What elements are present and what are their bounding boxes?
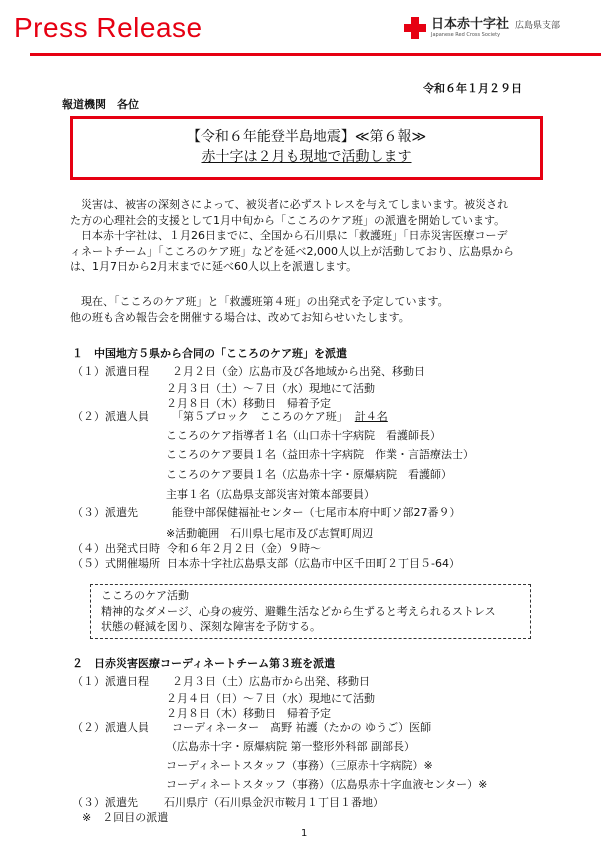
intro-line: 日本赤十字社は、１月26日までに、全国から石川県に「救護班」「日赤災害医療コーデ [70, 228, 540, 244]
s2-destination-label: （３）派遣先 [72, 796, 164, 810]
s1-schedule-row: （１）派遣日程２月２日（金）広島市及び各地域から出発、移動日 [72, 365, 425, 379]
s2-schedule-item: ２月８日（木）移動日 帰着予定 [166, 705, 331, 721]
note-line: 精神的なダメージ、心身の疲労、避難生活などから生ずると考えられるストレス [101, 604, 520, 620]
s1-member: 主事１名（広島県支部災害対策本部要員） [166, 486, 375, 502]
logo-jp: 日本赤十字社 [431, 18, 509, 32]
jrcs-logo: 日本赤十字社 Japanese Red Cross Society 広島県支部 [404, 17, 560, 39]
s1-members-label: （２）派遣人員 [72, 410, 172, 424]
s2-member: コーディネートスタッフ（事務）（広島県赤十字血液センター）※ [166, 776, 487, 792]
s1-destination-row: （３）派遣先能登中部保健福祉センター（七尾市本府中町ソ部27番９） [72, 506, 461, 520]
s2-member: コーディネートスタッフ（事務）（三原赤十字病院）※ [166, 757, 433, 773]
s1-members-row: （２）派遣人員「第５ブロック こころのケア班」 計４名 [72, 410, 388, 424]
announcement-line: 他の班も含め報告会を開催する場合は、改めてお知らせいたします。 [70, 310, 540, 326]
s2-member: （広島赤十字・原爆病院 第一整形外科部 副部長） [166, 738, 415, 754]
press-release-heading: Press Release [14, 12, 203, 44]
s1-team-name: 「第５ブロック こころのケア班」 [172, 410, 348, 423]
intro-line: ィネートチーム」「こころのケア班」などを延べ2,000人以上が活動しており、広島… [70, 244, 540, 260]
title-line-1: 【令和６年能登半島地震】≪第６報≫ [73, 127, 540, 147]
section-2-heading: ２ 日赤災害医療コーディネートチーム第３班を派遣 [72, 655, 335, 671]
note-title: こころのケア活動 [101, 588, 520, 604]
s2-schedule-label: （１）派遣日程 [72, 675, 172, 689]
s1-ceremony-time: 令和６年２月２日（金）９時～ [167, 542, 321, 555]
title-box: 【令和６年能登半島地震】≪第６報≫ 赤十字は２月も現地で活動します [70, 116, 543, 180]
header-divider [30, 53, 601, 56]
addressee: 報道機関 各位 [62, 96, 139, 112]
s1-member: こころのケア指導者１名（山口赤十字病院 看護師長） [166, 427, 441, 443]
s1-ceremony-time-row: （４）出発式日時 令和６年２月２日（金）９時～ [72, 542, 321, 556]
s2-schedule-item: ２月３日（土）広島市から出発、移動日 [172, 675, 370, 688]
s1-destination-note: ※活動範囲 石川県七尾市及び志賀町周辺 [166, 525, 373, 541]
s1-ceremony-time-label: （４）出発式日時 [72, 542, 160, 555]
s1-schedule-item: ２月８日（木）移動日 帰着予定 [166, 395, 331, 411]
kokoro-care-note-box: こころのケア活動 精神的なダメージ、心身の疲労、避難生活などから生ずると考えられ… [90, 584, 531, 639]
logo-en: Japanese Red Cross Society [431, 32, 509, 39]
s1-ceremony-place-row: （５）式開催場所 日本赤十字社広島県支部（広島市中区千田町２丁目５-64） [72, 557, 460, 571]
s1-destination: 能登中部保健福祉センター（七尾市本府中町ソ部27番９） [172, 506, 461, 519]
s1-destination-label: （３）派遣先 [72, 506, 172, 520]
page-number: 1 [301, 828, 307, 839]
s2-schedule-row: （１）派遣日程２月３日（土）広島市から出発、移動日 [72, 675, 370, 689]
s1-schedule-label: （１）派遣日程 [72, 365, 172, 379]
announcement-line: 現在、「こころのケア班」と「救護班第４班」の出発式を予定しています。 [70, 294, 540, 310]
s1-schedule-item: ２月３日（土）～７日（水）現地にて活動 [166, 380, 375, 396]
announcement-paragraph: 現在、「こころのケア班」と「救護班第４班」の出発式を予定しています。 他の班も含… [70, 294, 540, 325]
s2-members-row: （２）派遣人員コーディネーター 髙野 祐護（たかの ゆうご）医師 [72, 721, 431, 735]
s2-members-label: （２）派遣人員 [72, 721, 172, 735]
s1-ceremony-place: 日本赤十字社広島県支部（広島市中区千田町２丁目５-64） [167, 557, 460, 570]
s2-member: コーディネーター 髙野 祐護（たかの ゆうご）医師 [172, 721, 431, 734]
section-1-heading: １ 中国地方５県から合同の「こころのケア班」を派遣 [72, 345, 347, 361]
s2-footnote: ※ ２回目の派遣 [82, 811, 168, 825]
s1-member: こころのケア要員１名（広島赤十字・原爆病院 看護師） [166, 466, 452, 482]
logo-branch: 広島県支部 [515, 18, 560, 31]
release-date: 令和６年１月２９日 [423, 80, 522, 96]
s1-members-total: 計４名 [355, 410, 388, 423]
intro-line: た方の心理社会的支援として1月中旬から「こころのケア班」の派遣を開始しています。 [70, 213, 540, 229]
title-line-2: 赤十字は２月も現地で活動します [73, 147, 540, 167]
s1-ceremony-place-label: （５）式開催場所 [72, 557, 160, 570]
s2-schedule-item: ２月４日（日）～７日（水）現地にて活動 [166, 690, 375, 706]
intro-line: は、1月7日から2月末までに延べ60人以上を派遣します。 [70, 259, 540, 275]
intro-paragraph: 災害は、被害の深刻さによって、被災者に必ずストレスを与えてしまいます。被災され … [70, 197, 540, 275]
s1-schedule-item: ２月２日（金）広島市及び各地域から出発、移動日 [172, 365, 425, 378]
s1-member: こころのケア要員１名（益田赤十字病院 作業・言語療法士） [166, 446, 474, 462]
note-line: 状態の軽減を図り、深刻な障害を予防する。 [101, 619, 520, 635]
s2-destination: 石川県庁（石川県金沢市鞍月１丁目１番地） [164, 796, 384, 809]
red-cross-icon [404, 17, 426, 39]
s2-destination-row: （３）派遣先石川県庁（石川県金沢市鞍月１丁目１番地） [72, 796, 384, 810]
intro-line: 災害は、被害の深刻さによって、被災者に必ずストレスを与えてしまいます。被災され [70, 197, 540, 213]
